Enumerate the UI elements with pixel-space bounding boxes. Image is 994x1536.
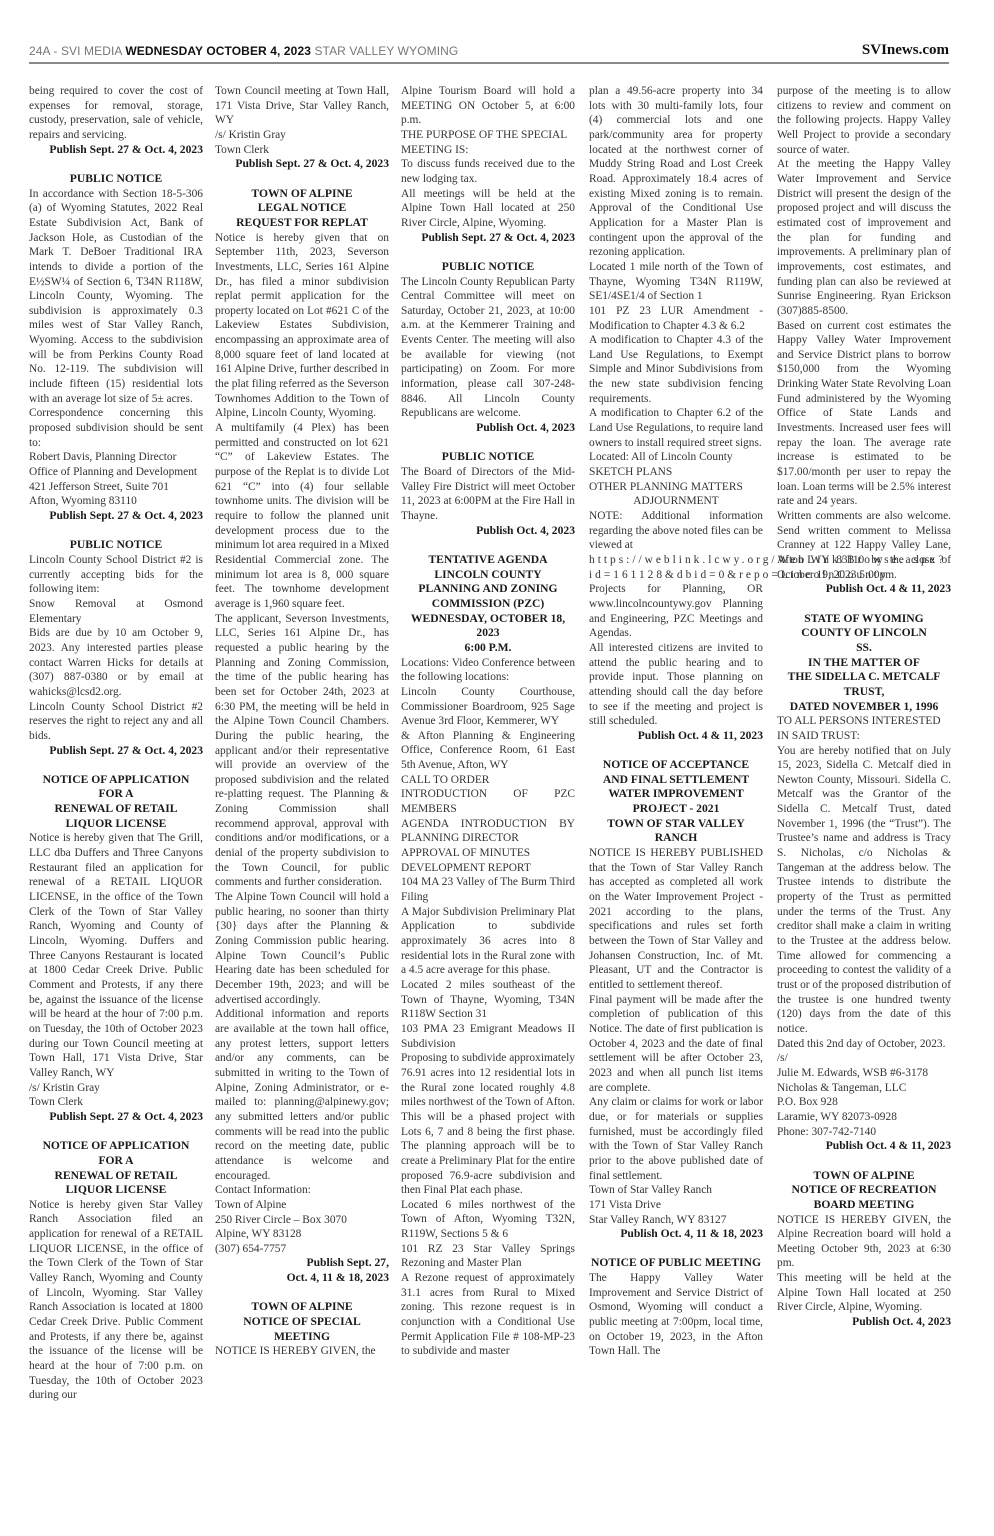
notice-spacer <box>29 157 203 172</box>
notice-heading: 6:00 P.M. <box>401 641 575 656</box>
notice-paragraph: 103 PMA 23 Emigrant Meadows II Subdivisi… <box>401 1022 575 1051</box>
notice-paragraph: A multifamily (4 Plex) has been permitte… <box>215 421 389 612</box>
notice-heading: REQUEST FOR REPLAT <box>215 216 389 231</box>
notice-heading: FOR A <box>29 787 203 802</box>
notice-heading: TENTATIVE AGENDA <box>401 553 575 568</box>
notice-line: Julie M. Edwards, WSB #6-3178 <box>777 1066 951 1081</box>
notice-heading: LEGAL NOTICE <box>215 201 389 216</box>
notice-paragraph: Based on current cost estimates the Happ… <box>777 319 951 510</box>
notice-paragraph: NOTE: Additional information regarding t… <box>589 509 763 553</box>
notice-paragraph: A modification to Chapter 6.2 of the Lan… <box>589 406 763 450</box>
notice-paragraph: Notice is hereby given that The Grill, L… <box>29 831 203 1080</box>
notice-paragraph: being required to cover the cost of expe… <box>29 84 203 143</box>
column-1: being required to cover the cost of expe… <box>29 84 203 1403</box>
notice-paragraph: Located 1 mile north of the Town of Thay… <box>589 260 763 304</box>
notice-spacer <box>777 1154 951 1169</box>
notice-paragraph: Any claim or claims for work or labor du… <box>589 1095 763 1183</box>
notice-line: Nicholas & Tangeman, LLC <box>777 1081 951 1096</box>
location-label: STAR VALLEY WYOMING <box>314 44 458 58</box>
notice-heading: BOARD MEETING <box>777 1198 951 1213</box>
site-name[interactable]: SVInews.com <box>862 42 949 59</box>
publish-line: Publish Oct. 4 & 11, 2023 <box>589 729 763 744</box>
notice-line: Afton, Wyoming 83110 <box>29 494 203 509</box>
notice-paragraph: Snow Removal at Osmond Elementary <box>29 597 203 626</box>
notice-heading: LIQUOR LICENSE <box>29 817 203 832</box>
notice-line: Town Clerk <box>215 143 389 158</box>
notice-heading: AND FINAL SETTLEMENT <box>589 773 763 788</box>
notice-paragraph: & Afton Planning & Engineering Office, C… <box>401 729 575 773</box>
publish-line: Publish Sept. 27 & Oct. 4, 2023 <box>215 157 389 172</box>
notice-line: DEVELOPMENT REPORT <box>401 861 575 876</box>
notice-paragraph: The applicant, Severson Investments, LLC… <box>215 612 389 890</box>
notice-paragraph: purpose of the meeting is to allow citiz… <box>777 84 951 157</box>
notice-paragraph: 101 RZ 23 Star Valley Springs Rezoning a… <box>401 1242 575 1271</box>
notice-heading: DATED NOVEMBER 1, 1996 <box>777 700 951 715</box>
notice-heading: RENEWAL OF RETAIL <box>29 802 203 817</box>
notice-spacer <box>401 245 575 260</box>
notice-paragraph: The Board of Directors of the Mid-Valley… <box>401 465 575 524</box>
issue-date: WEDNESDAY OCTOBER 4, 2023 <box>125 44 311 58</box>
notice-heading: IN THE MATTER OF <box>777 656 951 671</box>
notice-line: P.O. Box 928 <box>777 1095 951 1110</box>
notice-heading: WEDNESDAY, OCTOBER 18, 2023 <box>401 612 575 641</box>
notice-paragraph: A Rezone request of approximately 31.1 a… <box>401 1271 575 1359</box>
notice-heading: PROJECT - 2021 <box>589 802 763 817</box>
publish-line: Publish Oct. 4, 11 & 18, 2023 <box>589 1227 763 1242</box>
notice-spacer <box>29 1125 203 1140</box>
notice-line: Contact Information: <box>215 1183 389 1198</box>
notice-heading: RENEWAL OF RETAIL <box>29 1169 203 1184</box>
notice-paragraph: The Happy Valley Water Improvement and S… <box>589 1271 763 1359</box>
notice-line: Laramie, WY 82073-0928 <box>777 1110 951 1125</box>
notice-line: APPROVAL OF MINUTES <box>401 846 575 861</box>
notice-line: (307) 654-7757 <box>215 1242 389 1257</box>
notice-paragraph: You are hereby notified that on July 15,… <box>777 744 951 1037</box>
publish-line: Oct. 4, 11 & 18, 2023 <box>215 1271 389 1286</box>
notice-paragraph: Written comments are also welcome. Send … <box>777 509 951 582</box>
notice-paragraph: 101 PZ 23 LUR Amendment - Modification t… <box>589 304 763 333</box>
notice-paragraph: Notice is hereby given that on September… <box>215 231 389 422</box>
notice-spacer <box>401 436 575 451</box>
page-header: 24A - SVI MEDIA WEDNESDAY OCTOBER 4, 202… <box>29 40 949 64</box>
notice-paragraph: To discuss funds received due to the new… <box>401 157 575 186</box>
notice-spacer <box>777 597 951 612</box>
notice-line: /s/ Kristin Gray <box>29 1081 203 1096</box>
notice-paragraph: A modification to Chapter 4.3 of the Lan… <box>589 333 763 406</box>
notice-heading: TOWN OF STAR VALLEY RANCH <box>589 817 763 846</box>
notice-paragraph: At the meeting the Happy Valley Water Im… <box>777 157 951 318</box>
notice-paragraph: Locations: Video Conference between the … <box>401 656 575 685</box>
notice-line: OTHER PLANNING MATTERS <box>589 480 763 495</box>
publish-line: Publish Sept. 27, <box>215 1256 389 1271</box>
notice-paragraph: All interested citizens are invited to a… <box>589 641 763 729</box>
notice-paragraph: Lincoln County School District #2 is cur… <box>29 553 203 597</box>
notice-heading: WATER IMPROVEMENT <box>589 787 763 802</box>
notice-heading: THE SIDELLA C. METCALF TRUST, <box>777 670 951 699</box>
page-label: 24A - SVI MEDIA <box>29 44 122 58</box>
notice-paragraph: This meeting will be held at the Alpine … <box>777 1271 951 1315</box>
notice-line: TO ALL PERSONS INTERESTED IN SAID TRUST: <box>777 714 951 743</box>
notice-paragraph: Additional information and reports are a… <box>215 1007 389 1183</box>
notice-heading: PLANNING AND ZONING <box>401 582 575 597</box>
notice-paragraph: Projects for Planning, OR www.lincolncou… <box>589 582 763 641</box>
notice-heading: FOR A <box>29 1154 203 1169</box>
publish-line: Publish Sept. 27 & Oct. 4, 2023 <box>401 231 575 246</box>
notice-paragraph: Located 2 miles southeast of the Town of… <box>401 978 575 1022</box>
notice-heading: PUBLIC NOTICE <box>29 538 203 553</box>
notice-line: CALL TO ORDER <box>401 773 575 788</box>
notice-paragraph: INTRODUCTION OF PZC MEMBERS <box>401 787 575 816</box>
notice-heading: SS. <box>777 641 951 656</box>
column-4: plan a 49.56-acre property into 34 lots … <box>589 84 763 1359</box>
notice-heading: PUBLIC NOTICE <box>401 260 575 275</box>
notice-line: Town of Alpine <box>215 1198 389 1213</box>
notice-line: Alpine, WY 83128 <box>215 1227 389 1242</box>
notice-paragraph: A Major Subdivision Preliminary Plat App… <box>401 905 575 978</box>
publish-line: Publish Oct. 4, 2023 <box>777 1315 951 1330</box>
notice-paragraph: Final payment will be made after the com… <box>589 993 763 1096</box>
notice-heading: TOWN OF ALPINE <box>215 1300 389 1315</box>
notice-heading: NOTICE OF APPLICATION <box>29 1139 203 1154</box>
publish-line: Publish Oct. 4, 2023 <box>401 524 575 539</box>
notice-paragraph: Dated this 2nd day of October, 2023. <box>777 1037 951 1052</box>
notice-paragraph: NOTICE IS HEREBY PUBLISHED that the Town… <box>589 846 763 993</box>
notice-heading: NOTICE OF APPLICATION <box>29 773 203 788</box>
notice-paragraph: NOTICE IS HEREBY GIVEN, the <box>215 1344 389 1359</box>
notice-paragraph: Lincoln County Courthouse, Commissioner … <box>401 685 575 729</box>
notice-line: /s/ Kristin Gray <box>215 128 389 143</box>
notice-line: Star Valley Ranch, WY 83127 <box>589 1213 763 1228</box>
column-3: Alpine Tourism Board will hold a MEETING… <box>401 84 575 1359</box>
notice-spacer <box>29 524 203 539</box>
notice-spacer <box>589 744 763 759</box>
notice-line: 421 Jefferson Street, Suite 701 <box>29 480 203 495</box>
notice-heading: PUBLIC NOTICE <box>29 172 203 187</box>
notice-paragraph: Town Council meeting at Town Hall, 171 V… <box>215 84 389 128</box>
publish-line: Publish Oct. 4, 2023 <box>401 421 575 436</box>
notice-spacer <box>589 1242 763 1257</box>
notice-paragraph: plan a 49.56-acre property into 34 lots … <box>589 84 763 260</box>
notice-line: Town of Star Valley Ranch <box>589 1183 763 1198</box>
notice-heading: STATE OF WYOMING <box>777 612 951 627</box>
publish-line: Publish Sept. 27 & Oct. 4, 2023 <box>29 143 203 158</box>
notice-paragraph: The Alpine Town Council will hold a publ… <box>215 890 389 1007</box>
notice-paragraph: Alpine Tourism Board will hold a MEETING… <box>401 84 575 128</box>
notice-heading: COUNTY OF LINCOLN <box>777 626 951 641</box>
notice-paragraph: Located 6 miles northwest of the Town of… <box>401 1198 575 1242</box>
notice-link[interactable]: https://weblink.lcwy.org/WebLink/Browse.… <box>589 553 763 582</box>
notice-heading: PUBLIC NOTICE <box>401 450 575 465</box>
notice-paragraph: 104 MA 23 Valley of The Burm Third Filin… <box>401 875 575 904</box>
notice-heading: LINCOLN COUNTY <box>401 568 575 583</box>
notice-heading: TOWN OF ALPINE <box>215 187 389 202</box>
notice-paragraph: NOTICE IS HEREBY GIVEN, the Alpine Recre… <box>777 1213 951 1272</box>
publish-line: Publish Sept. 27 & Oct. 4, 2023 <box>29 1110 203 1125</box>
notice-paragraph: Bids are due by 10 am October 9, 2023. A… <box>29 626 203 699</box>
notice-line: Robert Davis, Planning Director <box>29 450 203 465</box>
notice-heading: NOTICE OF RECREATION <box>777 1183 951 1198</box>
notice-line: SKETCH PLANS <box>589 465 763 480</box>
notice-heading: MEETING <box>215 1330 389 1345</box>
folio: 24A - SVI MEDIA WEDNESDAY OCTOBER 4, 202… <box>29 44 458 58</box>
notice-line: 250 River Circle – Box 3070 <box>215 1213 389 1228</box>
notice-heading: TOWN OF ALPINE <box>777 1169 951 1184</box>
notice-paragraph: In accordance with Section 18-5-306 (a) … <box>29 187 203 407</box>
notice-heading: LIQUOR LICENSE <box>29 1183 203 1198</box>
notice-paragraph: Lincoln County School District #2 reserv… <box>29 700 203 744</box>
notice-line: 171 Vista Drive <box>589 1198 763 1213</box>
notice-spacer <box>29 758 203 773</box>
notice-line: Located: All of Lincoln County <box>589 450 763 465</box>
notice-line: THE PURPOSE OF THE SPECIAL MEETING IS: <box>401 128 575 157</box>
notice-heading: NOTICE OF SPECIAL <box>215 1315 389 1330</box>
publish-line: Publish Sept. 27 & Oct. 4, 2023 <box>29 509 203 524</box>
notice-paragraph: Correspondence concerning this proposed … <box>29 406 203 450</box>
column-5: purpose of the meeting is to allow citiz… <box>777 84 951 1330</box>
notice-paragraph: The Lincoln County Republican Party Cent… <box>401 275 575 422</box>
notice-line: /s/ <box>777 1051 951 1066</box>
notice-paragraph: AGENDA INTRODUCTION BY PLANNING DIRECTOR <box>401 817 575 846</box>
legal-notices: being required to cover the cost of expe… <box>29 84 950 1524</box>
notice-spacer <box>215 1286 389 1301</box>
notice-line: ADJOURNMENT <box>589 494 763 509</box>
notice-spacer <box>215 172 389 187</box>
publish-line: Publish Oct. 4 & 11, 2023 <box>777 1139 951 1154</box>
notice-paragraph: Notice is hereby given Star Valley Ranch… <box>29 1198 203 1403</box>
notice-line: Town Clerk <box>29 1095 203 1110</box>
notice-paragraph: Office of Planning and Development <box>29 465 203 480</box>
notice-heading: NOTICE OF ACCEPTANCE <box>589 758 763 773</box>
notice-spacer <box>401 538 575 553</box>
notice-line: Phone: 307-742-7140 <box>777 1125 951 1140</box>
column-2: Town Council meeting at Town Hall, 171 V… <box>215 84 389 1359</box>
notice-paragraph: All meetings will be held at the Alpine … <box>401 187 575 231</box>
notice-paragraph: Proposing to subdivide approximately 76.… <box>401 1051 575 1198</box>
publish-line: Publish Sept. 27 & Oct. 4, 2023 <box>29 744 203 759</box>
notice-heading: COMMISSION (PZC) <box>401 597 575 612</box>
notice-heading: NOTICE OF PUBLIC MEETING <box>589 1256 763 1271</box>
publish-line: Publish Oct. 4 & 11, 2023 <box>777 582 951 597</box>
